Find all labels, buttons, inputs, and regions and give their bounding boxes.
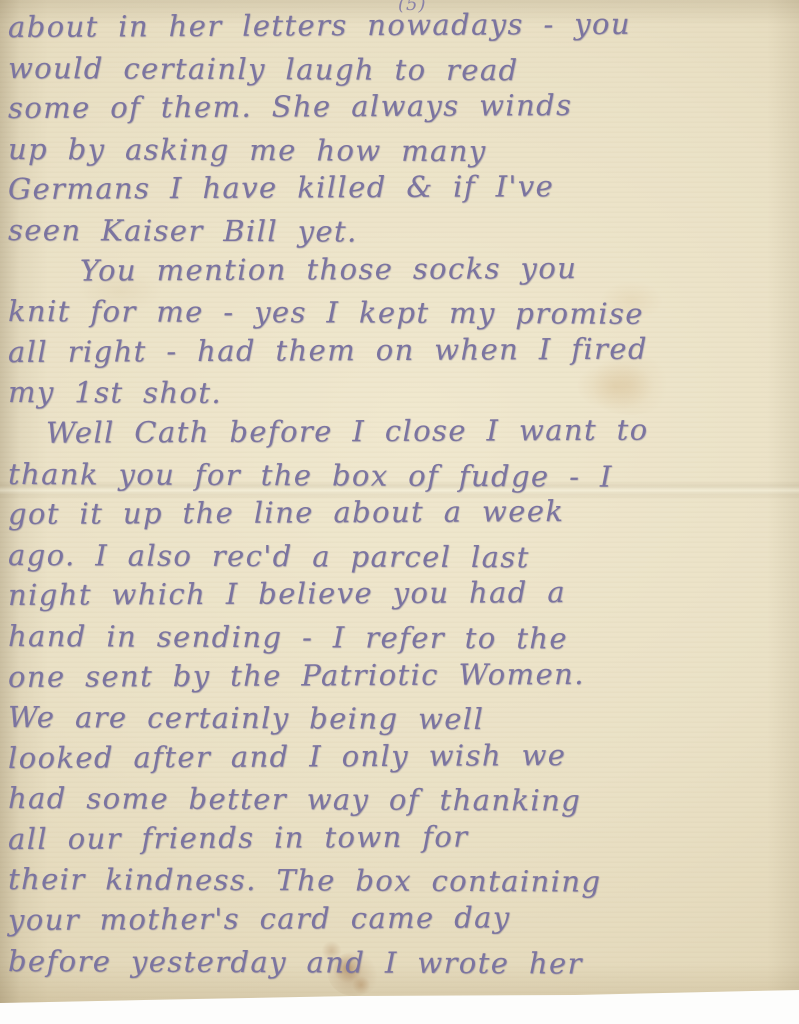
handwritten-line: You mention those socks you (8, 246, 797, 291)
letter-paper: (5) about in her letters nowadays - you … (0, 0, 799, 1003)
handwritten-line: Germans I have killed & if I've (8, 165, 797, 210)
handwritten-line: night which I believe you had a (8, 571, 797, 616)
scanned-letter-page: (5) about in her letters nowadays - you … (0, 0, 799, 1024)
letter-body: about in her letters nowadays - you woul… (8, 7, 797, 981)
handwritten-line: some of them. She always winds (8, 84, 797, 129)
handwritten-line: all right - had them on when I fired (8, 328, 797, 373)
handwritten-line: looked after and I only wish we (8, 734, 797, 779)
handwritten-line: all our friends in town for (8, 815, 797, 860)
handwritten-line: Well Cath before I close I want to (8, 409, 797, 454)
handwritten-line: before yesterday and I wrote her (8, 941, 797, 985)
handwritten-line: about in her letters nowadays - you (8, 3, 797, 48)
handwritten-line: your mother's card came day (8, 896, 797, 941)
handwritten-line: one sent by the Patriotic Women. (8, 652, 797, 697)
handwritten-line: got it up the line about a week (8, 490, 797, 535)
